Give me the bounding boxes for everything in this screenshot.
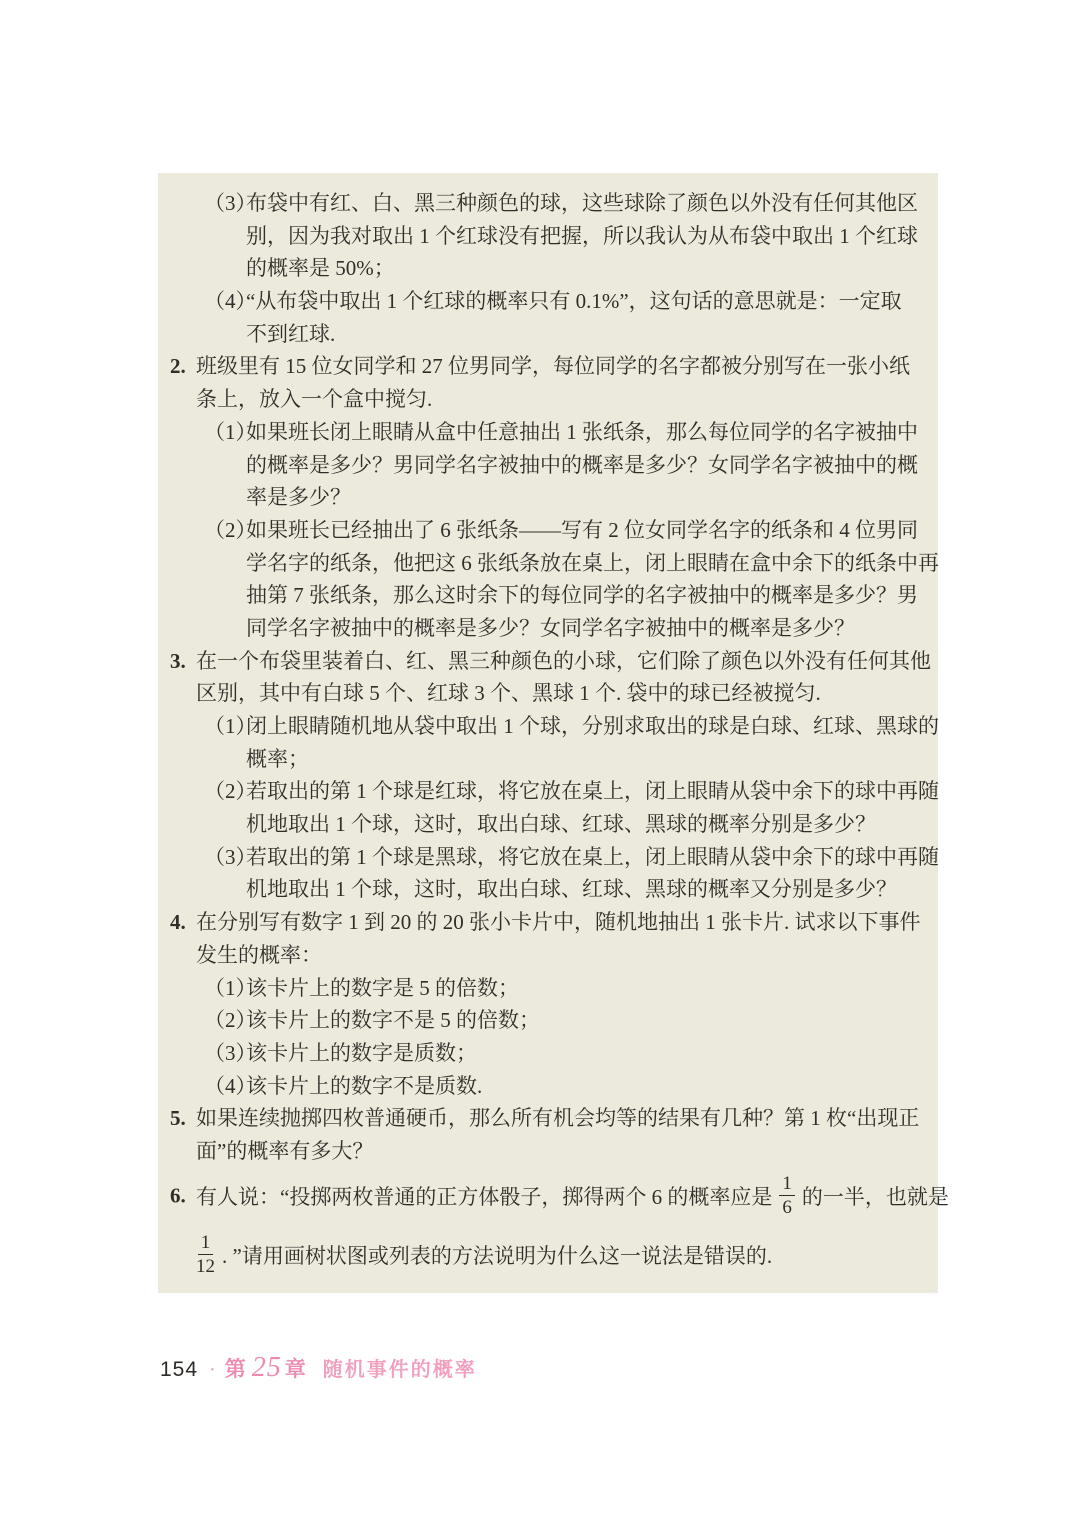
fraction-numerator: 1 [779, 1173, 795, 1196]
page-footer: 154 · 第25章 随机事件的概率 [160, 1352, 477, 1384]
line-text: 如果连续抛掷四枚普通硬币，那么所有机会均等的结果有几种？第 1 枚“出现正 [196, 1106, 919, 1130]
problem-number: 4. [170, 906, 186, 939]
subitem-label: （1） [204, 710, 257, 743]
line-subitem: （1） 该卡片上的数字是 5 的倍数； [158, 972, 938, 1005]
line-problem: 3. 在一个布袋里装着白、红、黑三种颜色的小球，它们除了颜色以外没有任何其他 [158, 645, 938, 678]
line-text: 条上，放入一个盒中搅匀. [196, 387, 432, 411]
line-continuation: 率是多少？ [158, 481, 938, 514]
line-text: 闭上眼睛随机地从袋中取出 1 个球，分别求取出的球是白球、红球、黑球的 [246, 714, 939, 738]
line-continuation: 区别，其中有白球 5 个、红球 3 个、黑球 1 个. 袋中的球已经被搅匀. [158, 677, 938, 710]
line-text: 班级里有 15 位女同学和 27 位男同学，每位同学的名字都被分别写在一张小纸 [196, 354, 910, 378]
line-continuation: 同学名字被抽中的概率是多少？女同学名字被抽中的概率是多少？ [158, 612, 938, 645]
line-text: 该卡片上的数字是质数； [246, 1041, 477, 1065]
fraction-denominator: 12 [196, 1255, 215, 1277]
line-text: 面”的概率有多大？ [196, 1139, 373, 1163]
chapter-label: 第25章 [225, 1352, 309, 1384]
line-text: 的概率是 50%； [246, 256, 395, 280]
chapter-suffix: 章 [285, 1357, 309, 1381]
subitem-label: （4） [204, 285, 257, 318]
line-subitem: （3） 布袋中有红、白、黑三种颜色的球，这些球除了颜色以外没有任何其他区 [158, 187, 938, 220]
line-problem: 6. 有人说：“投掷两枚普通的正方体骰子，掷得两个 6 的概率应是 1 6 的一… [158, 1168, 938, 1224]
line-text: 在一个布袋里装着白、红、黑三种颜色的小球，它们除了颜色以外没有任何其他 [196, 649, 931, 673]
line-problem: 2. 班级里有 15 位女同学和 27 位男同学，每位同学的名字都被分别写在一张… [158, 350, 938, 383]
line-text: 区别，其中有白球 5 个、红球 3 个、黑球 1 个. 袋中的球已经被搅匀. [196, 681, 821, 705]
fraction-denominator: 6 [782, 1196, 792, 1218]
line-text: 该卡片上的数字是 5 的倍数； [246, 976, 519, 1000]
line-text: 抽第 7 张纸条，那么这时余下的每位同学的名字被抽中的概率是多少？男 [246, 583, 918, 607]
line-subitem: （2） 如果班长已经抽出了 6 张纸条——写有 2 位女同学名字的纸条和 4 位… [158, 514, 938, 547]
problem-number: 6. [170, 1183, 186, 1208]
line-continuation: 条上，放入一个盒中搅匀. [158, 383, 938, 416]
line-text: 别，因为我对取出 1 个红球没有把握，所以我认为从布袋中取出 1 个红球 [246, 224, 918, 248]
line-text: 的一半，也就是 [802, 1181, 949, 1211]
line-continuation: 1 12 . ”请用画树状图或列表的方法说明为什么这一说法是错误的. [158, 1224, 938, 1286]
subitem-label: （2） [204, 1004, 257, 1037]
line-continuation: 不到红球. [158, 318, 938, 351]
line-text: 机地取出 1 个球，这时，取出白球、红球、黑球的概率分别是多少？ [246, 812, 876, 836]
subitem-label: （1） [204, 972, 257, 1005]
problem-number: 5. [170, 1102, 186, 1135]
problem-number: 3. [170, 645, 186, 678]
line-text: 如果班长已经抽出了 6 张纸条——写有 2 位女同学名字的纸条和 4 位男同 [246, 518, 918, 542]
line-text: 如果班长闭上眼睛从盒中任意抽出 1 张纸条，那么每位同学的名字被抽中 [246, 420, 918, 444]
line-text: 该卡片上的数字不是质数. [246, 1074, 482, 1098]
line-subitem: （1） 如果班长闭上眼睛从盒中任意抽出 1 张纸条，那么每位同学的名字被抽中 [158, 416, 938, 449]
line-continuation: 别，因为我对取出 1 个红球没有把握，所以我认为从布袋中取出 1 个红球 [158, 220, 938, 253]
line-problem: 5. 如果连续抛掷四枚普通硬币，那么所有机会均等的结果有几种？第 1 枚“出现正 [158, 1102, 938, 1135]
line-subitem: （2） 该卡片上的数字不是 5 的倍数； [158, 1004, 938, 1037]
line-text: 概率； [246, 747, 309, 771]
line-continuation: 机地取出 1 个球，这时，取出白球、红球、黑球的概率分别是多少？ [158, 808, 938, 841]
line-subitem: （2） 若取出的第 1 个球是红球，将它放在桌上，闭上眼睛从袋中余下的球中再随 [158, 775, 938, 808]
line-text: 发生的概率： [196, 943, 322, 967]
line-text: 率是多少？ [246, 485, 351, 509]
footer-separator: · [209, 1359, 216, 1382]
subitem-label: （3） [204, 841, 257, 874]
problem-number: 2. [170, 350, 186, 383]
line-continuation: 的概率是多少？男同学名字被抽中的概率是多少？女同学名字被抽中的概 [158, 449, 938, 482]
line-text: “从布袋中取出 1 个红球的概率只有 0.1%”，这句话的意思就是：一定取 [246, 289, 902, 313]
line-text: 不到红球. [246, 322, 335, 346]
line-text: 同学名字被抽中的概率是多少？女同学名字被抽中的概率是多少？ [246, 616, 855, 640]
line-text: 若取出的第 1 个球是黑球，将它放在桌上，闭上眼睛从袋中余下的球中再随 [246, 845, 939, 869]
line-text: 有人说：“投掷两枚普通的正方体骰子，掷得两个 6 的概率应是 [196, 1181, 772, 1211]
line-text: 在分别写有数字 1 到 20 的 20 张小卡片中，随机地抽出 1 张卡片. 试… [196, 910, 921, 934]
subitem-label: （3） [204, 187, 257, 220]
line-continuation: 的概率是 50%； [158, 252, 938, 285]
content-panel: （3） 布袋中有红、白、黑三种颜色的球，这些球除了颜色以外没有任何其他区 别，因… [158, 173, 938, 1293]
line-text: 该卡片上的数字不是 5 的倍数； [246, 1008, 540, 1032]
subitem-label: （2） [204, 775, 257, 808]
line-continuation: 面”的概率有多大？ [158, 1135, 938, 1168]
subitem-label: （3） [204, 1037, 257, 1070]
line-continuation: 概率； [158, 743, 938, 776]
fraction-one-sixth: 1 6 [779, 1173, 795, 1219]
line-subitem: （3） 若取出的第 1 个球是黑球，将它放在桌上，闭上眼睛从袋中余下的球中再随 [158, 841, 938, 874]
line-text: . ”请用画树状图或列表的方法说明为什么这一说法是错误的. [222, 1240, 772, 1270]
line-text: 布袋中有红、白、黑三种颜色的球，这些球除了颜色以外没有任何其他区 [246, 191, 918, 215]
line-continuation: 机地取出 1 个球，这时，取出白球、红球、黑球的概率又分别是多少？ [158, 873, 938, 906]
subitem-label: （1） [204, 416, 257, 449]
line-continuation: 学名字的纸条，他把这 6 张纸条放在桌上，闭上眼睛在盒中余下的纸条中再 [158, 547, 938, 580]
fraction-numerator: 1 [198, 1232, 214, 1255]
line-text: 的概率是多少？男同学名字被抽中的概率是多少？女同学名字被抽中的概 [246, 453, 918, 477]
line-text: 机地取出 1 个球，这时，取出白球、红球、黑球的概率又分别是多少？ [246, 877, 897, 901]
line-text: 若取出的第 1 个球是红球，将它放在桌上，闭上眼睛从袋中余下的球中再随 [246, 779, 939, 803]
subitem-label: （2） [204, 514, 257, 547]
textbook-page: （3） 布袋中有红、白、黑三种颜色的球，这些球除了颜色以外没有任何其他区 别，因… [0, 0, 1080, 1515]
chapter-title: 随机事件的概率 [323, 1353, 477, 1382]
line-text: 学名字的纸条，他把这 6 张纸条放在桌上，闭上眼睛在盒中余下的纸条中再 [246, 551, 939, 575]
fraction-one-twelfth: 1 12 [196, 1232, 215, 1278]
line-subitem: （1） 闭上眼睛随机地从袋中取出 1 个球，分别求取出的球是白球、红球、黑球的 [158, 710, 938, 743]
line-subitem: （3） 该卡片上的数字是质数； [158, 1037, 938, 1070]
subitem-label: （4） [204, 1070, 257, 1103]
line-problem: 4. 在分别写有数字 1 到 20 的 20 张小卡片中，随机地抽出 1 张卡片… [158, 906, 938, 939]
line-continuation: 发生的概率： [158, 939, 938, 972]
page-number: 154 [160, 1358, 198, 1382]
line-subitem: （4） 该卡片上的数字不是质数. [158, 1070, 938, 1103]
line-continuation: 抽第 7 张纸条，那么这时余下的每位同学的名字被抽中的概率是多少？男 [158, 579, 938, 612]
chapter-prefix: 第 [225, 1357, 249, 1381]
chapter-number: 25 [249, 1352, 285, 1383]
line-subitem: （4） “从布袋中取出 1 个红球的概率只有 0.1%”，这句话的意思就是：一定… [158, 285, 938, 318]
